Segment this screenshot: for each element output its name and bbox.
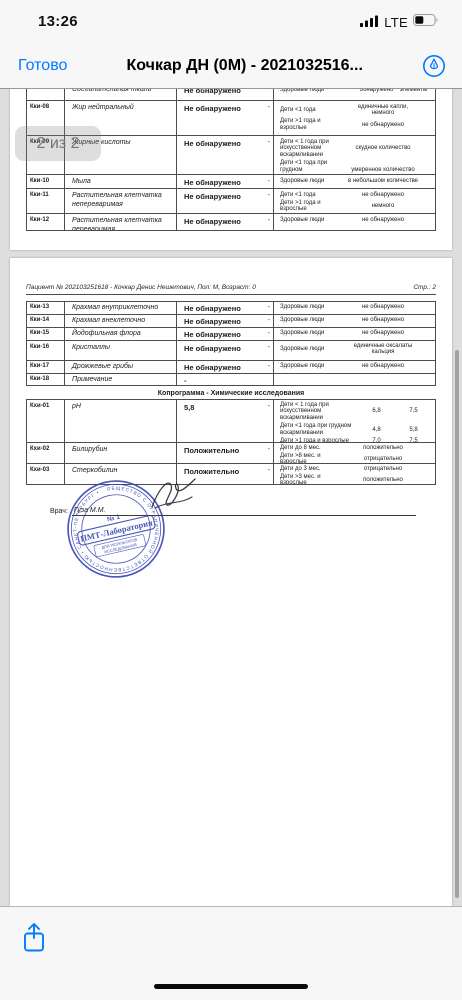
reference-condition: Дети до 3 мес. [280, 466, 334, 473]
result-value: Не обнаружено [184, 139, 241, 148]
reference-line: Дети <1 года при грудном вскармливании4,… [280, 423, 432, 436]
reference-value: положительно [334, 445, 432, 452]
reference-line: Дети до 3 мес.отрицательно [280, 466, 432, 473]
scrollbar-thumb[interactable] [455, 350, 459, 898]
reference-line: Дети до 8 мес.положительно [280, 445, 432, 452]
row-code: Кки-10 [27, 175, 64, 188]
result-value: Не обнаружено [184, 217, 241, 226]
parameter-name: pH [64, 400, 177, 442]
result-dash: - [268, 467, 270, 474]
reference-line: Здоровые людине обнаружено [280, 363, 432, 370]
page-position-badge: 2 из 2 [15, 126, 101, 161]
reference-value: отрицательно [334, 466, 432, 473]
handwritten-signature [148, 476, 210, 519]
table-row: Кки-17Дрожжевые грибыНе обнаружено-Здоро… [27, 361, 435, 374]
result-value: Не обнаружено [184, 344, 241, 353]
reference-cell: Здоровые людине обнаружено [274, 302, 435, 314]
row-code: Кки-16 [27, 341, 64, 360]
row-code: Кки-15 [27, 328, 64, 340]
result-cell: Не обнаружено- [177, 214, 274, 230]
result-cell: Не обнаружено- [177, 136, 274, 174]
result-value: Не обнаружено [184, 192, 241, 201]
result-cell: Не обнаружено- [177, 101, 274, 135]
row-code: Кки-07 [27, 88, 64, 100]
reference-condition: Здоровые люди [280, 178, 334, 185]
reference-cell: Здоровые людине обнаружено [274, 214, 435, 230]
home-indicator[interactable] [154, 984, 308, 989]
row-code: Кхи-02 [27, 443, 64, 463]
reference-line: Дети >1 года и взрослыене обнаружено [280, 118, 432, 131]
share-icon[interactable] [20, 921, 48, 960]
table-row: Кхи-01pH5,8-Дети < 1 года при искусствен… [27, 400, 435, 443]
parameter-name: Крахмал внеклеточно [64, 315, 177, 327]
result-value: 5,8 [184, 403, 194, 412]
reference-cell: Здоровые людиобнаруженоэлементы [274, 88, 435, 100]
reference-value: в небольшом количестве [334, 178, 432, 185]
reference-line: Дети < 1 года при искусственном вскармли… [280, 139, 432, 159]
result-dash: - [268, 317, 270, 324]
doctor-name: Гуза М.М. [72, 507, 416, 516]
table-row: Кки-13Крахмал внутриклеточноНе обнаружен… [27, 302, 435, 315]
result-value: Не обнаружено [184, 330, 241, 339]
reference-condition: Дети >3 мес. и взрослые [280, 474, 334, 484]
result-cell: Не обнаружено- [177, 341, 274, 360]
table-row: Кки-10МылаНе обнаружено-Здоровые людив н… [27, 175, 435, 189]
reference-line: Дети < 1 года при искусственном вскармли… [280, 402, 432, 422]
parameter-name: Примечание [64, 374, 177, 385]
reference-condition: Дети <1 года при грудном вскармливании [280, 160, 334, 175]
document-page-1: Кки-07Соединительная тканьНе обнаружено-… [10, 88, 452, 250]
iphone-screen: 13:26 LTE Готово Кочкар Д [0, 0, 462, 1000]
reference-value: не обнаружено [334, 330, 432, 337]
result-dash: - [268, 403, 270, 410]
table-row: Кки-12Растительная клетчатка переваримая… [27, 214, 435, 230]
reference-condition: Здоровые люди [280, 330, 334, 337]
row-code: Кки-13 [27, 302, 64, 314]
row-code: Кхи-03 [27, 464, 64, 484]
result-dash: - [268, 139, 270, 146]
reference-cell: Здоровые людив небольшом количестве [274, 175, 435, 188]
result-cell: Положительно- [177, 443, 274, 463]
reference-value: не обнаружено [334, 192, 432, 199]
result-value: Не обнаружено [184, 304, 241, 313]
network-type-label: LTE [384, 15, 408, 30]
result-cell: Не обнаружено- [177, 328, 274, 340]
result-value: - [184, 376, 187, 385]
reference-condition: Здоровые люди [280, 346, 334, 353]
reference-high: 5,8 [395, 427, 432, 434]
reference-line: Дети <1 годаединичные капли, немного [280, 104, 432, 117]
reference-condition: Дети >8 мес. и взрослые [280, 453, 334, 464]
parameter-name: Кристаллы [64, 341, 177, 360]
reference-cell: Дети до 8 мес.положительноДети >8 мес. и… [274, 443, 435, 463]
table-row: Кки-14Крахмал внеклеточноНе обнаружено-З… [27, 315, 435, 328]
result-dash: - [268, 330, 270, 337]
result-cell: Не обнаружено- [177, 189, 274, 213]
document-page-2: Пациент № 202103251618 - Кочкар Денис Не… [10, 258, 452, 906]
status-bar: 13:26 LTE [0, 0, 462, 44]
reference-line: Дети >3 мес. и взрослыеположительно [280, 474, 432, 484]
section-title: Копрограмма - Химические исследования [10, 390, 452, 397]
reference-cell [274, 374, 435, 385]
result-value: Не обнаружено [184, 363, 241, 372]
nav-bar: Готово Кочкар ДН (0М) - 2021032516... [0, 44, 462, 89]
result-value: Положительно [184, 467, 239, 476]
result-cell: - [177, 374, 274, 385]
reference-value: не обнаружено [334, 317, 432, 324]
reference-condition: Дети <1 года при грудном вскармливании [280, 423, 358, 436]
parameter-name: Соединительная ткань [64, 88, 177, 100]
page-header: Пациент № 202103251618 - Кочкар Денис Не… [26, 284, 436, 295]
reference-cell: Дети < 1 года при искусственном вскармли… [274, 136, 435, 174]
result-dash: - [268, 304, 270, 311]
clock: 13:26 [38, 13, 78, 30]
reference-line: Здоровые людиединичные оксалаты кальция [280, 343, 432, 356]
chemical-tests-table: Кхи-01pH5,8-Дети < 1 года при искусствен… [26, 399, 436, 485]
reference-condition: Дети >1 года и взрослые [280, 200, 334, 213]
result-cell: Не обнаружено- [177, 175, 274, 188]
table-row: Кки-16КристаллыНе обнаружено-Здоровые лю… [27, 341, 435, 361]
patient-info: Пациент № 202103251618 - Кочкар Денис Не… [26, 284, 256, 291]
reference-condition: Дети < 1 года при искусственном вскармли… [280, 139, 334, 159]
result-value: Положительно [184, 446, 239, 455]
result-value: Не обнаружено [184, 178, 241, 187]
reference-condition: Дети <1 года [280, 192, 334, 199]
document-scroll-area[interactable]: Кки-07Соединительная тканьНе обнаружено-… [0, 88, 462, 906]
reference-condition: Дети <1 года [280, 107, 334, 114]
reference-value: не обнаружено [334, 304, 432, 311]
reference-cell: Дети < 1 года при искусственном вскармли… [274, 400, 435, 442]
reference-line: Здоровые людине обнаружено [280, 217, 432, 224]
reference-condition: Дети < 1 года при искусственном вскармли… [280, 402, 358, 422]
table-row: Кки-18Примечание- [27, 374, 435, 385]
reference-value: единичные капли, немного [334, 104, 432, 117]
parameter-name: Мыла [64, 175, 177, 188]
reference-cell: Дети до 3 мес.отрицательноДети >3 мес. и… [274, 464, 435, 484]
reference-value: не обнаружено [334, 363, 432, 370]
result-dash: - [268, 178, 270, 185]
parameter-name: Дрожжевые грибы [64, 361, 177, 373]
table-row: Кки-07Соединительная тканьНе обнаружено-… [27, 88, 435, 101]
reference-cell: Дети <1 годане обнаруженоДети >1 года и … [274, 189, 435, 213]
reference-value: отрицательно [334, 456, 432, 463]
reference-value: единичные оксалаты кальция [334, 343, 432, 356]
reference-condition: Здоровые люди [280, 304, 334, 311]
table-row: Кки-15Йодофильная флораНе обнаружено-Здо… [27, 328, 435, 341]
reference-cell: Здоровые людине обнаружено [274, 361, 435, 373]
page-number-label: Стр.: 2 [413, 284, 436, 291]
reference-value: немного [334, 203, 432, 210]
reference-high: 7,5 [395, 408, 432, 415]
parameter-name: Йодофильная флора [64, 328, 177, 340]
reference-line: Здоровые людине обнаружено [280, 317, 432, 324]
reference-cell: Здоровые людиединичные оксалаты кальция [274, 341, 435, 360]
result-cell: Не обнаружено- [177, 88, 274, 100]
result-cell: Не обнаружено- [177, 302, 274, 314]
table-row: Кки-11Растительная клетчатка непереварим… [27, 189, 435, 214]
row-code: Кки-14 [27, 315, 64, 327]
reference-cell: Здоровые людине обнаружено [274, 328, 435, 340]
reference-value: скудное количество [334, 145, 432, 152]
result-dash: - [268, 217, 270, 224]
reference-value: положительно [334, 477, 432, 484]
reference-line: Дети >1 года и взрослыенемного [280, 200, 432, 213]
reference-line: Дети <1 года при грудном вскармливанииум… [280, 160, 432, 175]
reference-condition: Дети до 8 мес. [280, 445, 334, 452]
markup-pen-icon[interactable] [422, 54, 446, 78]
done-button[interactable]: Готово [18, 57, 67, 75]
signal-bars-icon [360, 14, 379, 32]
reference-line: Здоровые людине обнаружено [280, 330, 432, 337]
reference-cell: Дети <1 годаединичные капли, немногоДети… [274, 101, 435, 135]
result-value: Не обнаружено [184, 88, 241, 95]
result-cell: Не обнаружено- [177, 361, 274, 373]
result-dash: - [268, 344, 270, 351]
reference-condition: Дети >1 года и взрослые [280, 118, 334, 131]
reference-value: умеренное количество [334, 167, 432, 174]
reference-line: Здоровые людине обнаружено [280, 304, 432, 311]
parameter-name: Растительная клетчатка непереваримая [64, 189, 177, 213]
reference-line: Здоровые людив небольшом количестве [280, 178, 432, 185]
reference-line: Дети <1 годане обнаружено [280, 192, 432, 199]
result-dash: - [268, 363, 270, 370]
row-code: Кки-18 [27, 374, 64, 385]
battery-icon [413, 13, 440, 32]
row-code: Кхи-01 [27, 400, 64, 442]
reference-line: Дети >8 мес. и взрослыеотрицательно [280, 453, 432, 464]
reference-condition: Здоровые люди [280, 363, 334, 370]
reference-condition: Здоровые люди [280, 317, 334, 324]
result-dash: - [268, 446, 270, 453]
result-cell: 5,8- [177, 400, 274, 442]
result-cell: Не обнаружено- [177, 315, 274, 327]
reference-low: 4,8 [358, 427, 395, 434]
parameter-name: Крахмал внутриклеточно [64, 302, 177, 314]
result-dash: - [268, 192, 270, 199]
reference-low: 6,8 [358, 408, 395, 415]
coprogram-table-page2: Кки-13Крахмал внутриклеточноНе обнаружен… [26, 301, 436, 386]
result-value: Не обнаружено [184, 104, 241, 113]
reference-value: не обнаружено [334, 217, 432, 224]
doctor-label: Врач: [50, 508, 72, 516]
document-title: Кочкар ДН (0М) - 2021032516... [73, 57, 416, 75]
parameter-name: Билирубин [64, 443, 177, 463]
row-code: Кки-11 [27, 189, 64, 213]
doctor-signature-row: Врач: Гуза М.М. [50, 504, 416, 516]
result-dash: - [268, 104, 270, 111]
table-row: Кхи-02БилирубинПоложительно-Дети до 8 ме… [27, 443, 435, 464]
parameter-name: Растительная клетчатка переваримая [64, 214, 177, 230]
result-value: Не обнаружено [184, 317, 241, 326]
reference-cell: Здоровые людине обнаружено [274, 315, 435, 327]
reference-value: не обнаружено [334, 122, 432, 129]
row-code: Кки-17 [27, 361, 64, 373]
reference-condition: Здоровые люди [280, 217, 334, 224]
row-code: Кки-12 [27, 214, 64, 230]
